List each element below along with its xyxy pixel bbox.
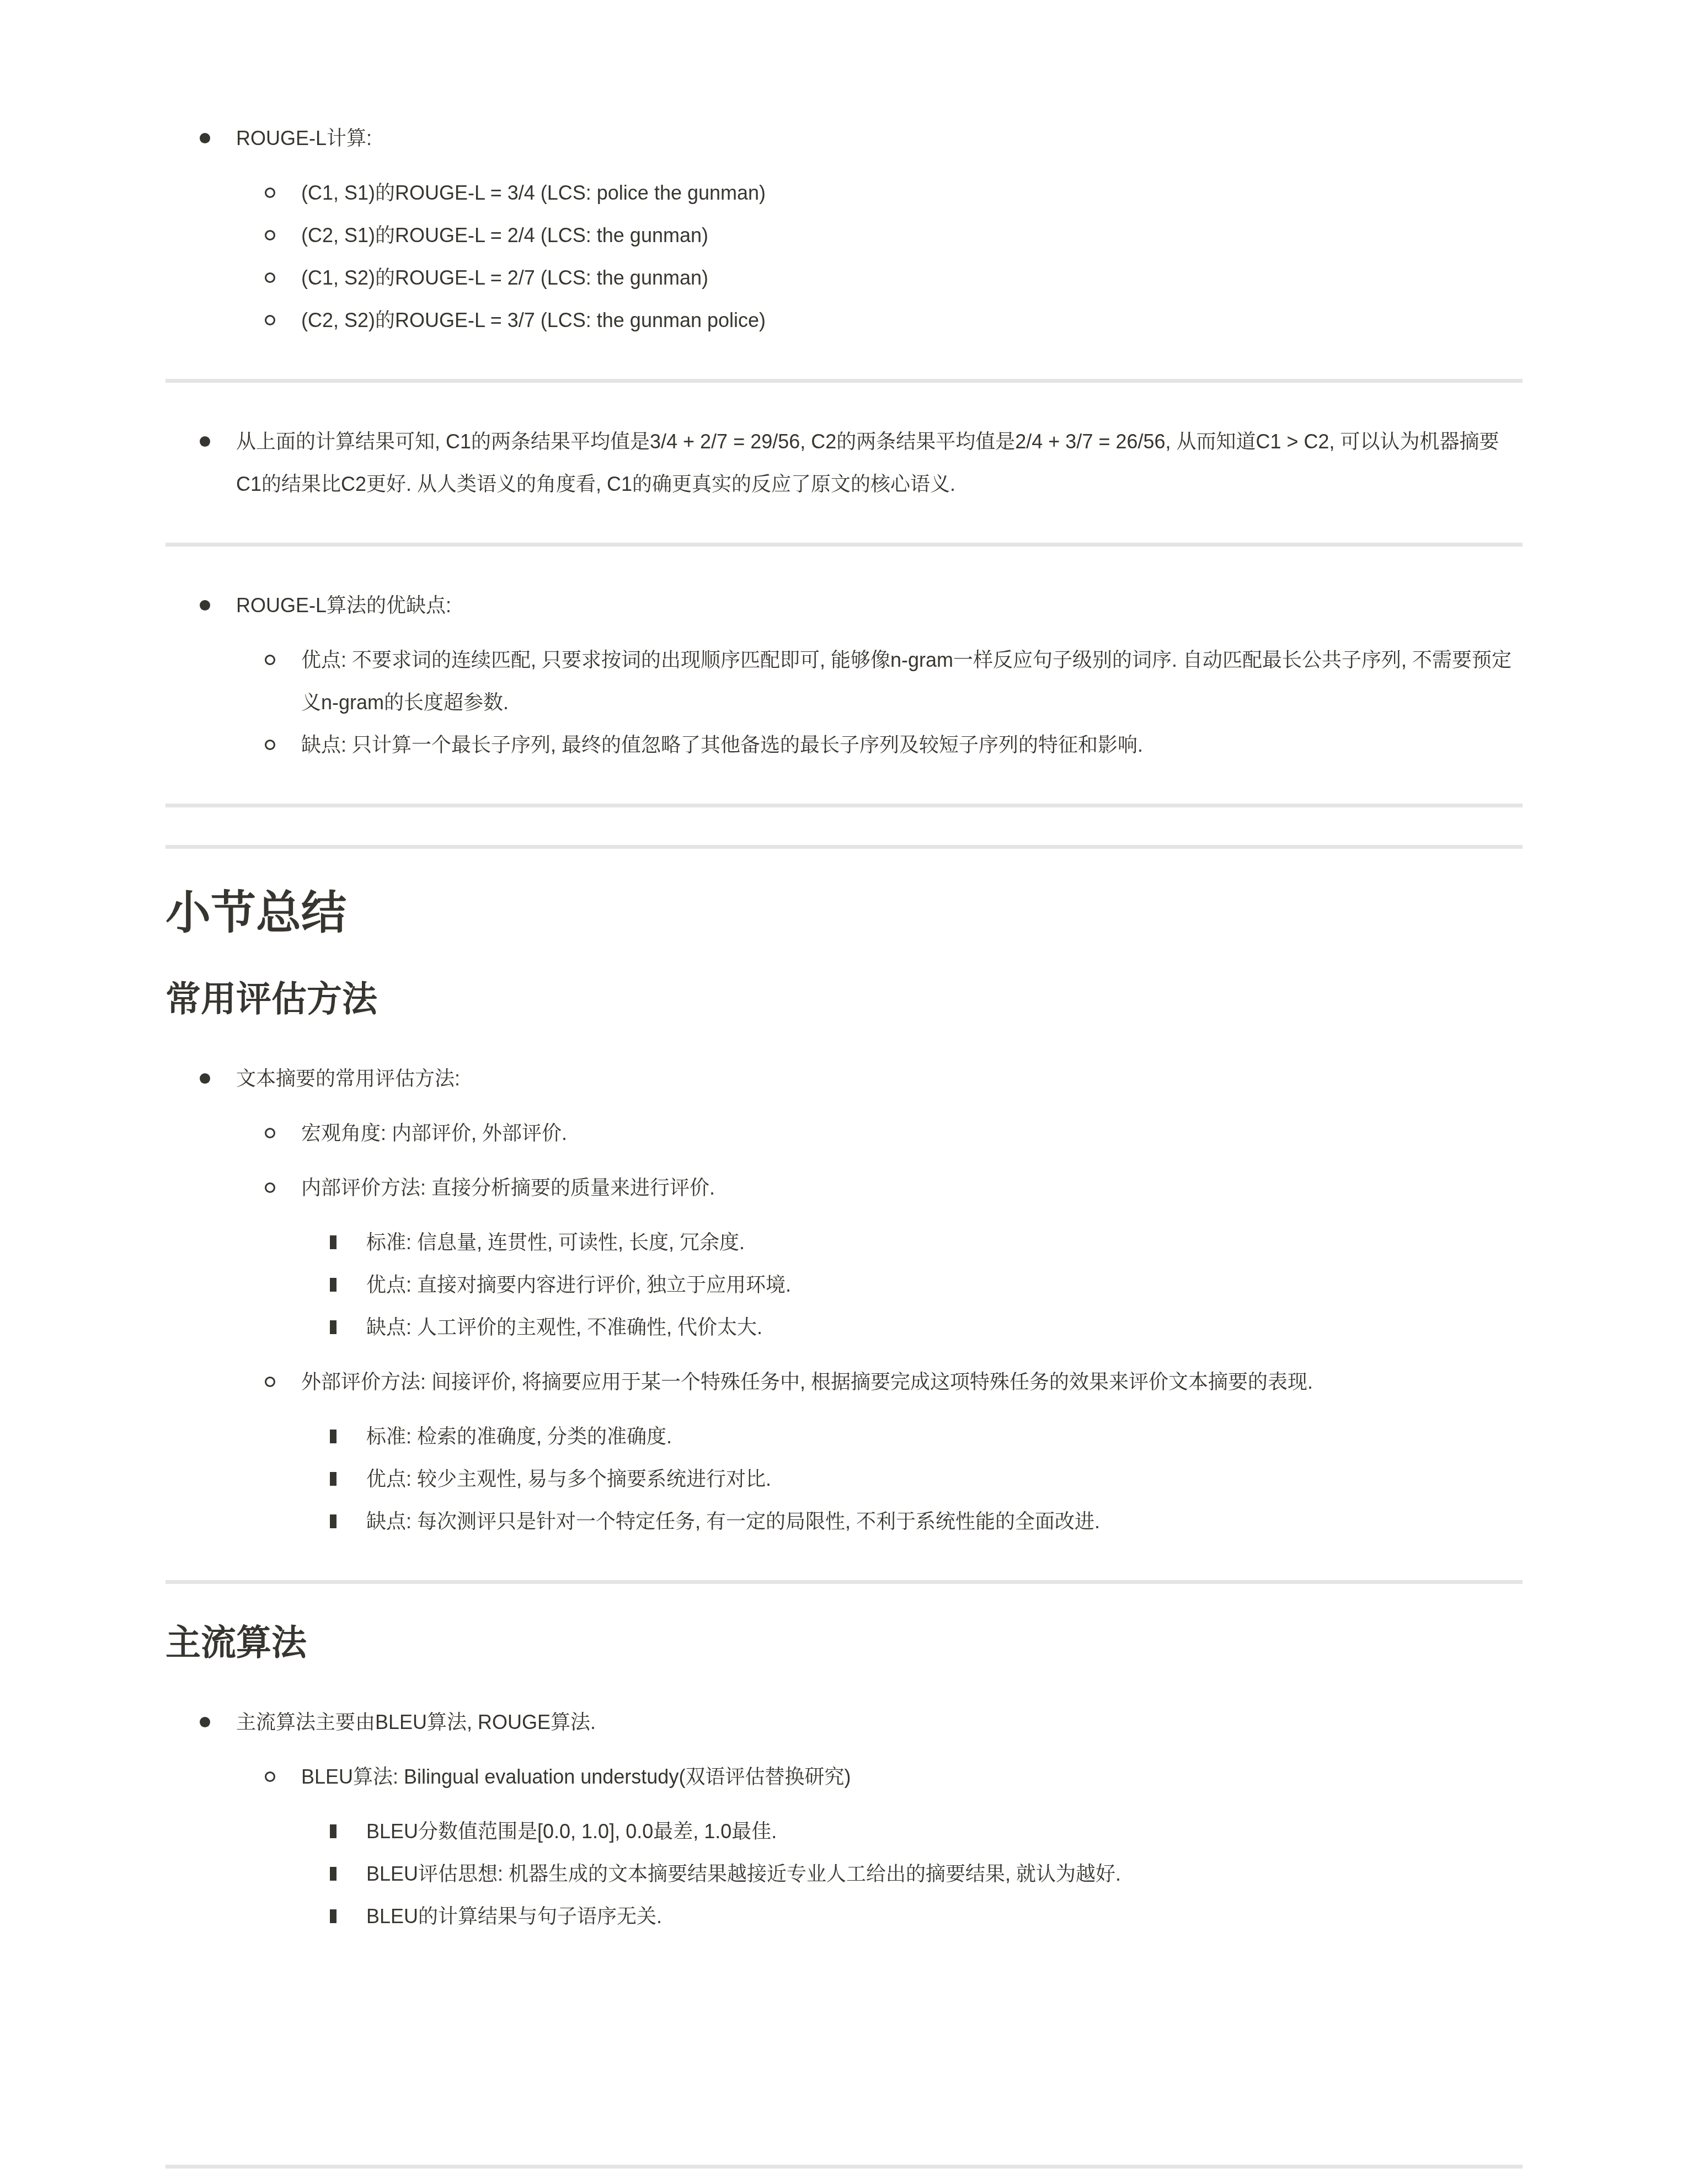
rouge-conclusion-list: 从上面的计算结果可知, C1的两条结果平均值是3/4 + 2/7 = 29/56… [165,420,1523,505]
algorithms-sublist: BLEU算法: Bilingual evaluation understudy(… [236,1755,1523,1937]
divider [165,804,1523,807]
list-item: 外部评价方法: 间接评价, 将摘要应用于某一个特殊任务中, 根据摘要完成这项特殊… [301,1361,1523,1543]
bleu-sublist: BLEU分数值范围是[0.0, 1.0], 0.0最差, 1.0最佳. BLEU… [301,1810,1523,1937]
divider [165,1580,1523,1584]
bullet-circle-icon [265,272,275,283]
bullet-circle-icon [265,1128,275,1138]
bullet-disc-icon [200,133,210,143]
algorithms-list: 主流算法主要由BLEU算法, ROUGE算法. BLEU算法: Bilingua… [165,1701,1523,1937]
divider [165,379,1523,383]
list-item: 缺点: 人工评价的主观性, 不准确性, 代价太大. [366,1306,1523,1348]
list-item-text: 缺点: 人工评价的主观性, 不准确性, 代价太大. [366,1316,762,1339]
list-item: BLEU评估思想: 机器生成的文本摘要结果越接近专业人工给出的摘要结果, 就认为… [366,1853,1523,1895]
list-item: 从上面的计算结果可知, C1的两条结果平均值是3/4 + 2/7 = 29/56… [236,420,1523,505]
section-heading-algo: 主流算法 [165,1621,1523,1663]
bullet-circle-icon [265,315,275,325]
rouge-calc-list: ROUGE-L计算: (C1, S1)的ROUGE-L = 3/4 (LCS: … [165,117,1523,341]
list-item-text: (C1, S2)的ROUGE-L = 2/7 (LCS: the gunman) [301,266,708,289]
list-item: BLEU的计算结果与句子语序无关. [366,1895,1523,1937]
bullet-circle-icon [265,1377,275,1387]
list-item-text: BLEU的计算结果与句子语序无关. [366,1905,662,1928]
list-item: 缺点: 每次测评只是针对一个特定任务, 有一定的局限性, 不利于系统性能的全面改… [366,1500,1523,1543]
list-item: (C2, S2)的ROUGE-L = 3/7 (LCS: the gunman … [301,299,1523,341]
bullet-circle-icon [265,740,275,750]
divider [165,2165,1523,2169]
bullet-circle-icon [265,188,275,198]
document-content: ROUGE-L计算: (C1, S1)的ROUGE-L = 3/4 (LCS: … [0,0,1688,2184]
list-item-text: BLEU分数值范围是[0.0, 1.0], 0.0最差, 1.0最佳. [366,1820,777,1843]
document-page: ROUGE-L计算: (C1, S1)的ROUGE-L = 3/4 (LCS: … [0,0,1688,2184]
rouge-pros-cons-list: ROUGE-L算法的优缺点: 优点: 不要求词的连续匹配, 只要求按词的出现顺序… [165,584,1523,766]
list-item: 优点: 较少主观性, 易与多个摘要系统进行对比. [366,1458,1523,1500]
section-heading-eval: 常用评估方法 [165,978,1523,1020]
list-item-text: 主流算法主要由BLEU算法, ROUGE算法. [236,1711,596,1733]
bullet-square-icon [330,1235,336,1249]
list-item-text: (C1, S1)的ROUGE-L = 3/4 (LCS: police the … [301,181,766,204]
bullet-square-icon [330,1320,336,1334]
list-item-text: 文本摘要的常用评估方法: [236,1067,460,1090]
list-item: 宏观角度: 内部评价, 外部评价. [301,1112,1523,1154]
bullet-disc-icon [200,1073,210,1084]
list-item: BLEU分数值范围是[0.0, 1.0], 0.0最差, 1.0最佳. [366,1810,1523,1853]
external-eval-sublist: 标准: 检索的准确度, 分类的准确度. 优点: 较少主观性, 易与多个摘要系统进… [301,1415,1523,1543]
list-item-text: 缺点: 每次测评只是针对一个特定任务, 有一定的局限性, 不利于系统性能的全面改… [366,1510,1100,1533]
bullet-square-icon [330,1824,336,1838]
bullet-disc-icon [200,600,210,611]
list-item: 标准: 信息量, 连贯性, 可读性, 长度, 冗余度. [366,1221,1523,1264]
eval-methods-list: 文本摘要的常用评估方法: 宏观角度: 内部评价, 外部评价. 内部评价方法: 直… [165,1057,1523,1543]
page-title: 小节总结 [165,886,1523,940]
rouge-pros-cons-sublist: 优点: 不要求词的连续匹配, 只要求按词的出现顺序匹配即可, 能够像n-gram… [236,639,1523,766]
list-item: 标准: 检索的准确度, 分类的准确度. [366,1415,1523,1458]
list-item: (C1, S2)的ROUGE-L = 2/7 (LCS: the gunman) [301,256,1523,299]
list-item-text: 优点: 直接对摘要内容进行评价, 独立于应用环境. [366,1273,791,1296]
list-item: 优点: 不要求词的连续匹配, 只要求按词的出现顺序匹配即可, 能够像n-gram… [301,639,1523,724]
bullet-disc-icon [200,1717,210,1727]
list-item: BLEU算法: Bilingual evaluation understudy(… [301,1755,1523,1937]
list-item: 缺点: 只计算一个最长子序列, 最终的值忽略了其他备选的最长子序列及较短子序列的… [301,724,1523,766]
list-item: 内部评价方法: 直接分析摘要的质量来进行评价. 标准: 信息量, 连贯性, 可读… [301,1166,1523,1348]
bullet-circle-icon [265,1771,275,1782]
divider [165,543,1523,547]
list-item: ROUGE-L计算: (C1, S1)的ROUGE-L = 3/4 (LCS: … [236,117,1523,341]
bullet-circle-icon [265,655,275,665]
bullet-disc-icon [200,436,210,447]
bullet-square-icon [330,1278,336,1292]
list-item: 主流算法主要由BLEU算法, ROUGE算法. BLEU算法: Bilingua… [236,1701,1523,1937]
list-item-text: 外部评价方法: 间接评价, 将摘要应用于某一个特殊任务中, 根据摘要完成这项特殊… [301,1371,1313,1393]
bullet-square-icon [330,1472,336,1486]
list-item: (C1, S1)的ROUGE-L = 3/4 (LCS: police the … [301,172,1523,214]
list-item: 优点: 直接对摘要内容进行评价, 独立于应用环境. [366,1264,1523,1306]
list-item-text: 缺点: 只计算一个最长子序列, 最终的值忽略了其他备选的最长子序列及较短子序列的… [301,734,1143,756]
bullet-square-icon [330,1514,336,1528]
list-item: (C2, S1)的ROUGE-L = 2/4 (LCS: the gunman) [301,214,1523,256]
list-item-text: (C2, S1)的ROUGE-L = 2/4 (LCS: the gunman) [301,224,708,247]
list-item-text: ROUGE-L算法的优缺点: [236,594,451,617]
list-item-text: BLEU评估思想: 机器生成的文本摘要结果越接近专业人工给出的摘要结果, 就认为… [366,1862,1121,1885]
bullet-square-icon [330,1909,336,1923]
eval-methods-sublist: 宏观角度: 内部评价, 外部评价. 内部评价方法: 直接分析摘要的质量来进行评价… [236,1112,1523,1543]
list-item-text: 内部评价方法: 直接分析摘要的质量来进行评价. [301,1176,715,1199]
list-item: 文本摘要的常用评估方法: 宏观角度: 内部评价, 外部评价. 内部评价方法: 直… [236,1057,1523,1543]
bullet-circle-icon [265,230,275,240]
list-item-text: ROUGE-L计算: [236,127,372,149]
list-item-text: BLEU算法: Bilingual evaluation understudy(… [301,1765,851,1788]
list-item-text: 优点: 不要求词的连续匹配, 只要求按词的出现顺序匹配即可, 能够像n-gram… [301,649,1511,714]
bullet-square-icon [330,1867,336,1881]
bullet-square-icon [330,1430,336,1443]
list-item-text: 从上面的计算结果可知, C1的两条结果平均值是3/4 + 2/7 = 29/56… [236,430,1499,495]
list-item-text: 标准: 信息量, 连贯性, 可读性, 长度, 冗余度. [366,1231,745,1254]
rouge-calc-sublist: (C1, S1)的ROUGE-L = 3/4 (LCS: police the … [236,172,1523,341]
list-item-text: 宏观角度: 内部评价, 外部评价. [301,1122,567,1144]
list-item: ROUGE-L算法的优缺点: 优点: 不要求词的连续匹配, 只要求按词的出现顺序… [236,584,1523,766]
list-item-text: 优点: 较少主观性, 易与多个摘要系统进行对比. [366,1468,771,1490]
internal-eval-sublist: 标准: 信息量, 连贯性, 可读性, 长度, 冗余度. 优点: 直接对摘要内容进… [301,1221,1523,1348]
list-item-text: 标准: 检索的准确度, 分类的准确度. [366,1425,672,1448]
list-item-text: (C2, S2)的ROUGE-L = 3/7 (LCS: the gunman … [301,309,766,331]
divider [165,845,1523,849]
bullet-circle-icon [265,1182,275,1193]
